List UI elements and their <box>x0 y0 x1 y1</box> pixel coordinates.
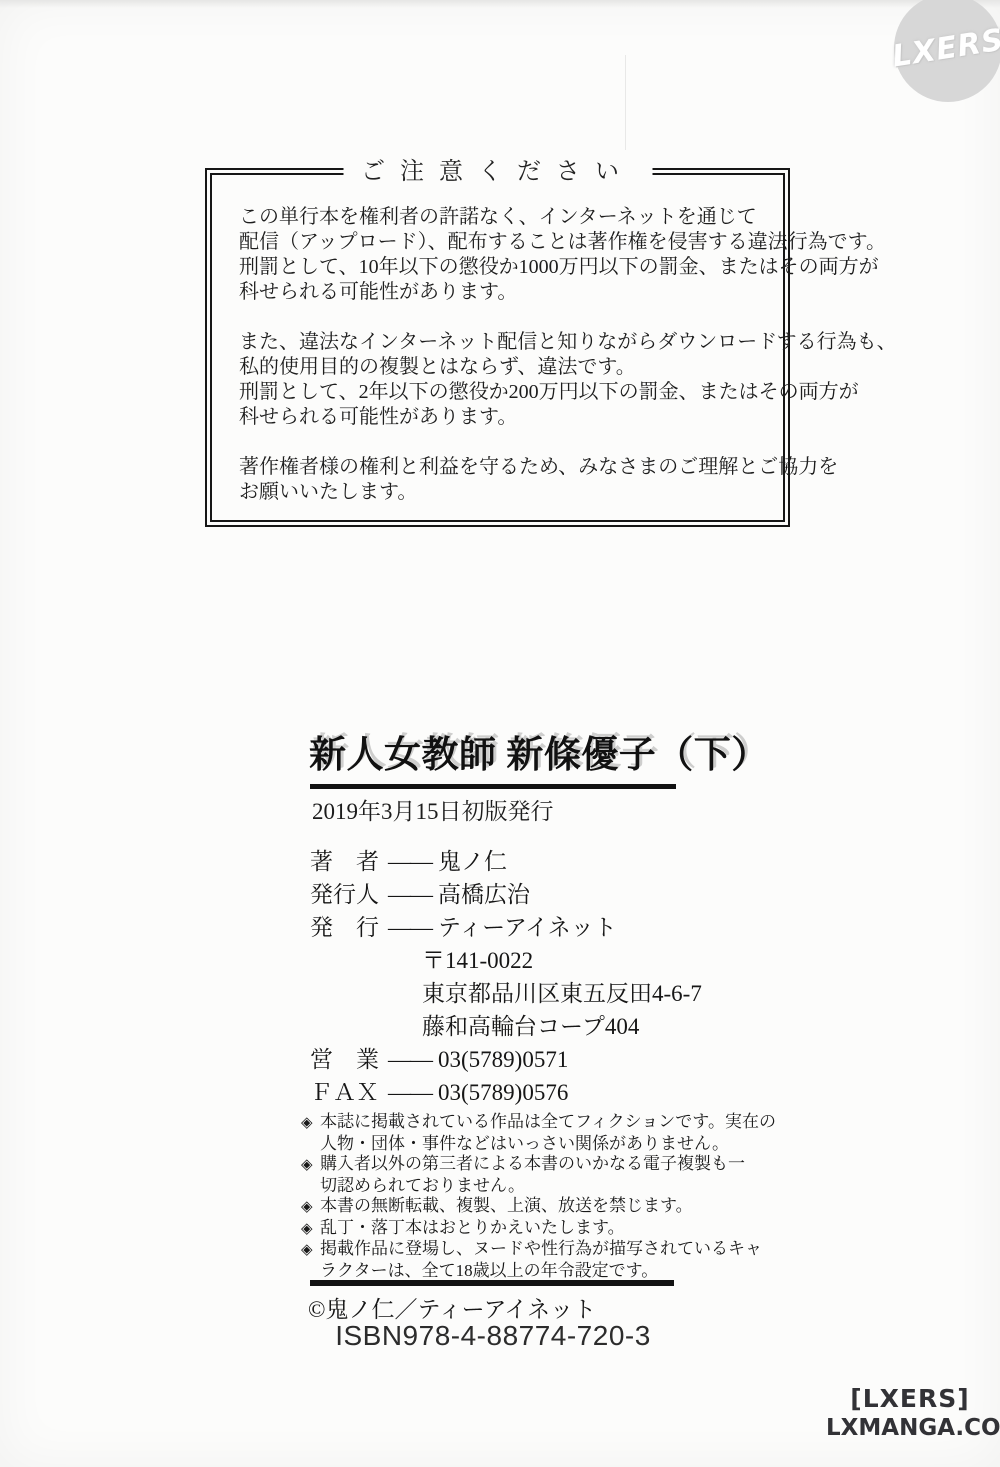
notice-paragraph-download: また、違法なインターネット配信と知りながらダウンロードする行為も、 私的使用目的… <box>239 330 757 430</box>
credit-row-author: 著 者——鬼ノ仁 <box>310 845 710 878</box>
notice-line: この単行本を権利者の許諾なく、インターネットを通じて <box>239 205 757 230</box>
publisher-value: 高橋広治 <box>438 882 530 907</box>
colophon-credits: 著 者——鬼ノ仁 発行人——高橋広治 発 行——ティーアイネット 〒141-00… <box>310 845 710 1109</box>
diamond-bullet-icon: ◈ <box>301 1155 320 1176</box>
note-line: ◈掲載作品に登場し、ヌードや性行為が描写されているキャ <box>301 1239 721 1261</box>
notice-line: 科せられる可能性があります。 <box>239 280 757 305</box>
credit-row-fax: ＦＡＸ——03(5789)0576 <box>310 1076 710 1109</box>
note-line: ◈本誌に掲載されている作品は全てフィクションです。実在の <box>301 1112 721 1134</box>
issuer-value: ティーアイネット <box>438 915 617 940</box>
lxers-logo-text: LXERS <box>890 22 1000 74</box>
notice-line: お願いいたします。 <box>239 480 757 505</box>
notice-line: 刑罰として、2年以下の懲役か200万円以下の罰金、またはその両方が <box>239 380 757 405</box>
dash: —— <box>388 1043 438 1076</box>
site-watermark-tag: [LXERS] <box>826 1384 994 1414</box>
notice-line: 著作権者様の権利と利益を守るため、みなさまのご理解とご協力を <box>239 455 757 480</box>
note-text: 乱丁・落丁本はおとりかえいたします。 <box>320 1218 625 1237</box>
copyright-notice-box: ご注意ください この単行本を権利者の許諾なく、インターネットを通じて 配信（アッ… <box>205 168 790 527</box>
notice-line: 私的使用目的の複製とはならず、違法です。 <box>239 355 757 380</box>
credit-row-publisher: 発行人——高橋広治 <box>310 878 710 911</box>
scanned-colophon-page: LXERS ご注意ください この単行本を権利者の許諾なく、インターネットを通じて… <box>0 0 1000 1467</box>
footer-divider-rule <box>310 1280 674 1286</box>
scan-artifact-line <box>625 55 626 150</box>
note-line: ◈乱丁・落丁本はおとりかえいたします。 <box>301 1218 721 1240</box>
diamond-bullet-icon: ◈ <box>301 1219 320 1240</box>
fax-value: 03(5789)0576 <box>438 1080 568 1105</box>
dash: —— <box>388 911 438 944</box>
note-text: 本書の無断転載、複製、上演、放送を禁じます。 <box>320 1196 693 1215</box>
publisher-postal-code: 〒141-0022 <box>310 944 710 977</box>
notice-line: 科せられる可能性があります。 <box>239 405 757 430</box>
dash: —— <box>388 1076 438 1109</box>
disclaimer-notes: ◈本誌に掲載されている作品は全てフィクションです。実在の 人物・団体・事件などは… <box>301 1112 721 1281</box>
note-line: ◈本書の無断転載、複製、上演、放送を禁じます。 <box>301 1196 721 1218</box>
diamond-bullet-icon: ◈ <box>301 1240 320 1261</box>
issuer-label: 発 行 <box>310 911 388 944</box>
publisher-label: 発行人 <box>310 878 388 911</box>
note-text: 掲載作品に登場し、ヌードや性行為が描写されているキャ <box>320 1239 762 1258</box>
note-text: 本誌に掲載されている作品は全てフィクションです。実在の <box>320 1112 776 1131</box>
book-title: 新人女教師 新條優子（下） <box>309 724 769 778</box>
fax-label: ＦＡＸ <box>310 1076 388 1109</box>
dash: —— <box>388 878 438 911</box>
sales-phone-value: 03(5789)0571 <box>438 1047 568 1072</box>
author-label: 著 者 <box>310 845 388 878</box>
note-text: 購入者以外の第三者による本書のいかなる電子複製も一 <box>320 1154 745 1173</box>
note-line: ラクターは、全て18歳以上の年令設定です。 <box>301 1261 721 1282</box>
title-divider-rule <box>310 784 676 789</box>
note-text: ラクターは、全て18歳以上の年令設定です。 <box>320 1261 658 1280</box>
publication-date: 2019年3月15日初版発行 <box>312 793 554 826</box>
credit-row-issuer: 発 行——ティーアイネット <box>310 911 710 944</box>
note-line: ◈購入者以外の第三者による本書のいかなる電子複製も一 <box>301 1154 721 1176</box>
lxers-logo-badge: LXERS <box>894 0 1000 102</box>
notice-box-title: ご注意ください <box>343 155 652 189</box>
notice-line: また、違法なインターネット配信と知りながらダウンロードする行為も、 <box>239 330 757 355</box>
site-watermark: [LXERS] LXMANGA.COM <box>826 1384 994 1442</box>
notice-paragraph-upload: この単行本を権利者の許諾なく、インターネットを通じて 配信（アップロード）、配布… <box>239 205 757 305</box>
publisher-address-line1: 東京都品川区東五反田4-6-7 <box>310 977 710 1010</box>
note-text: 切認められておりません。 <box>320 1176 525 1195</box>
site-watermark-domain: LXMANGA.COM <box>826 1414 994 1442</box>
diamond-bullet-icon: ◈ <box>301 1197 320 1218</box>
note-text: 人物・団体・事件などはいっさい関係がありません。 <box>320 1134 729 1153</box>
credit-row-sales-phone: 営 業——03(5789)0571 <box>310 1043 710 1076</box>
note-line: 切認められておりません。 <box>301 1176 721 1197</box>
dash: —— <box>388 845 438 878</box>
diamond-bullet-icon: ◈ <box>301 1113 320 1134</box>
notice-line: 刑罰として、10年以下の懲役か1000万円以下の罰金、またはその両方が <box>239 255 757 280</box>
notice-paragraph-request: 著作権者様の権利と利益を守るため、みなさまのご理解とご協力を お願いいたします。 <box>239 455 757 505</box>
publisher-address-line2: 藤和高輪台コープ404 <box>310 1010 710 1043</box>
isbn-number: ISBN978-4-88774-720-3 <box>310 1320 676 1352</box>
notice-line: 配信（アップロード）、配布することは著作権を侵害する違法行為です。 <box>239 230 757 255</box>
sales-label: 営 業 <box>310 1043 388 1076</box>
author-value: 鬼ノ仁 <box>438 849 507 874</box>
note-line: 人物・団体・事件などはいっさい関係がありません。 <box>301 1134 721 1155</box>
